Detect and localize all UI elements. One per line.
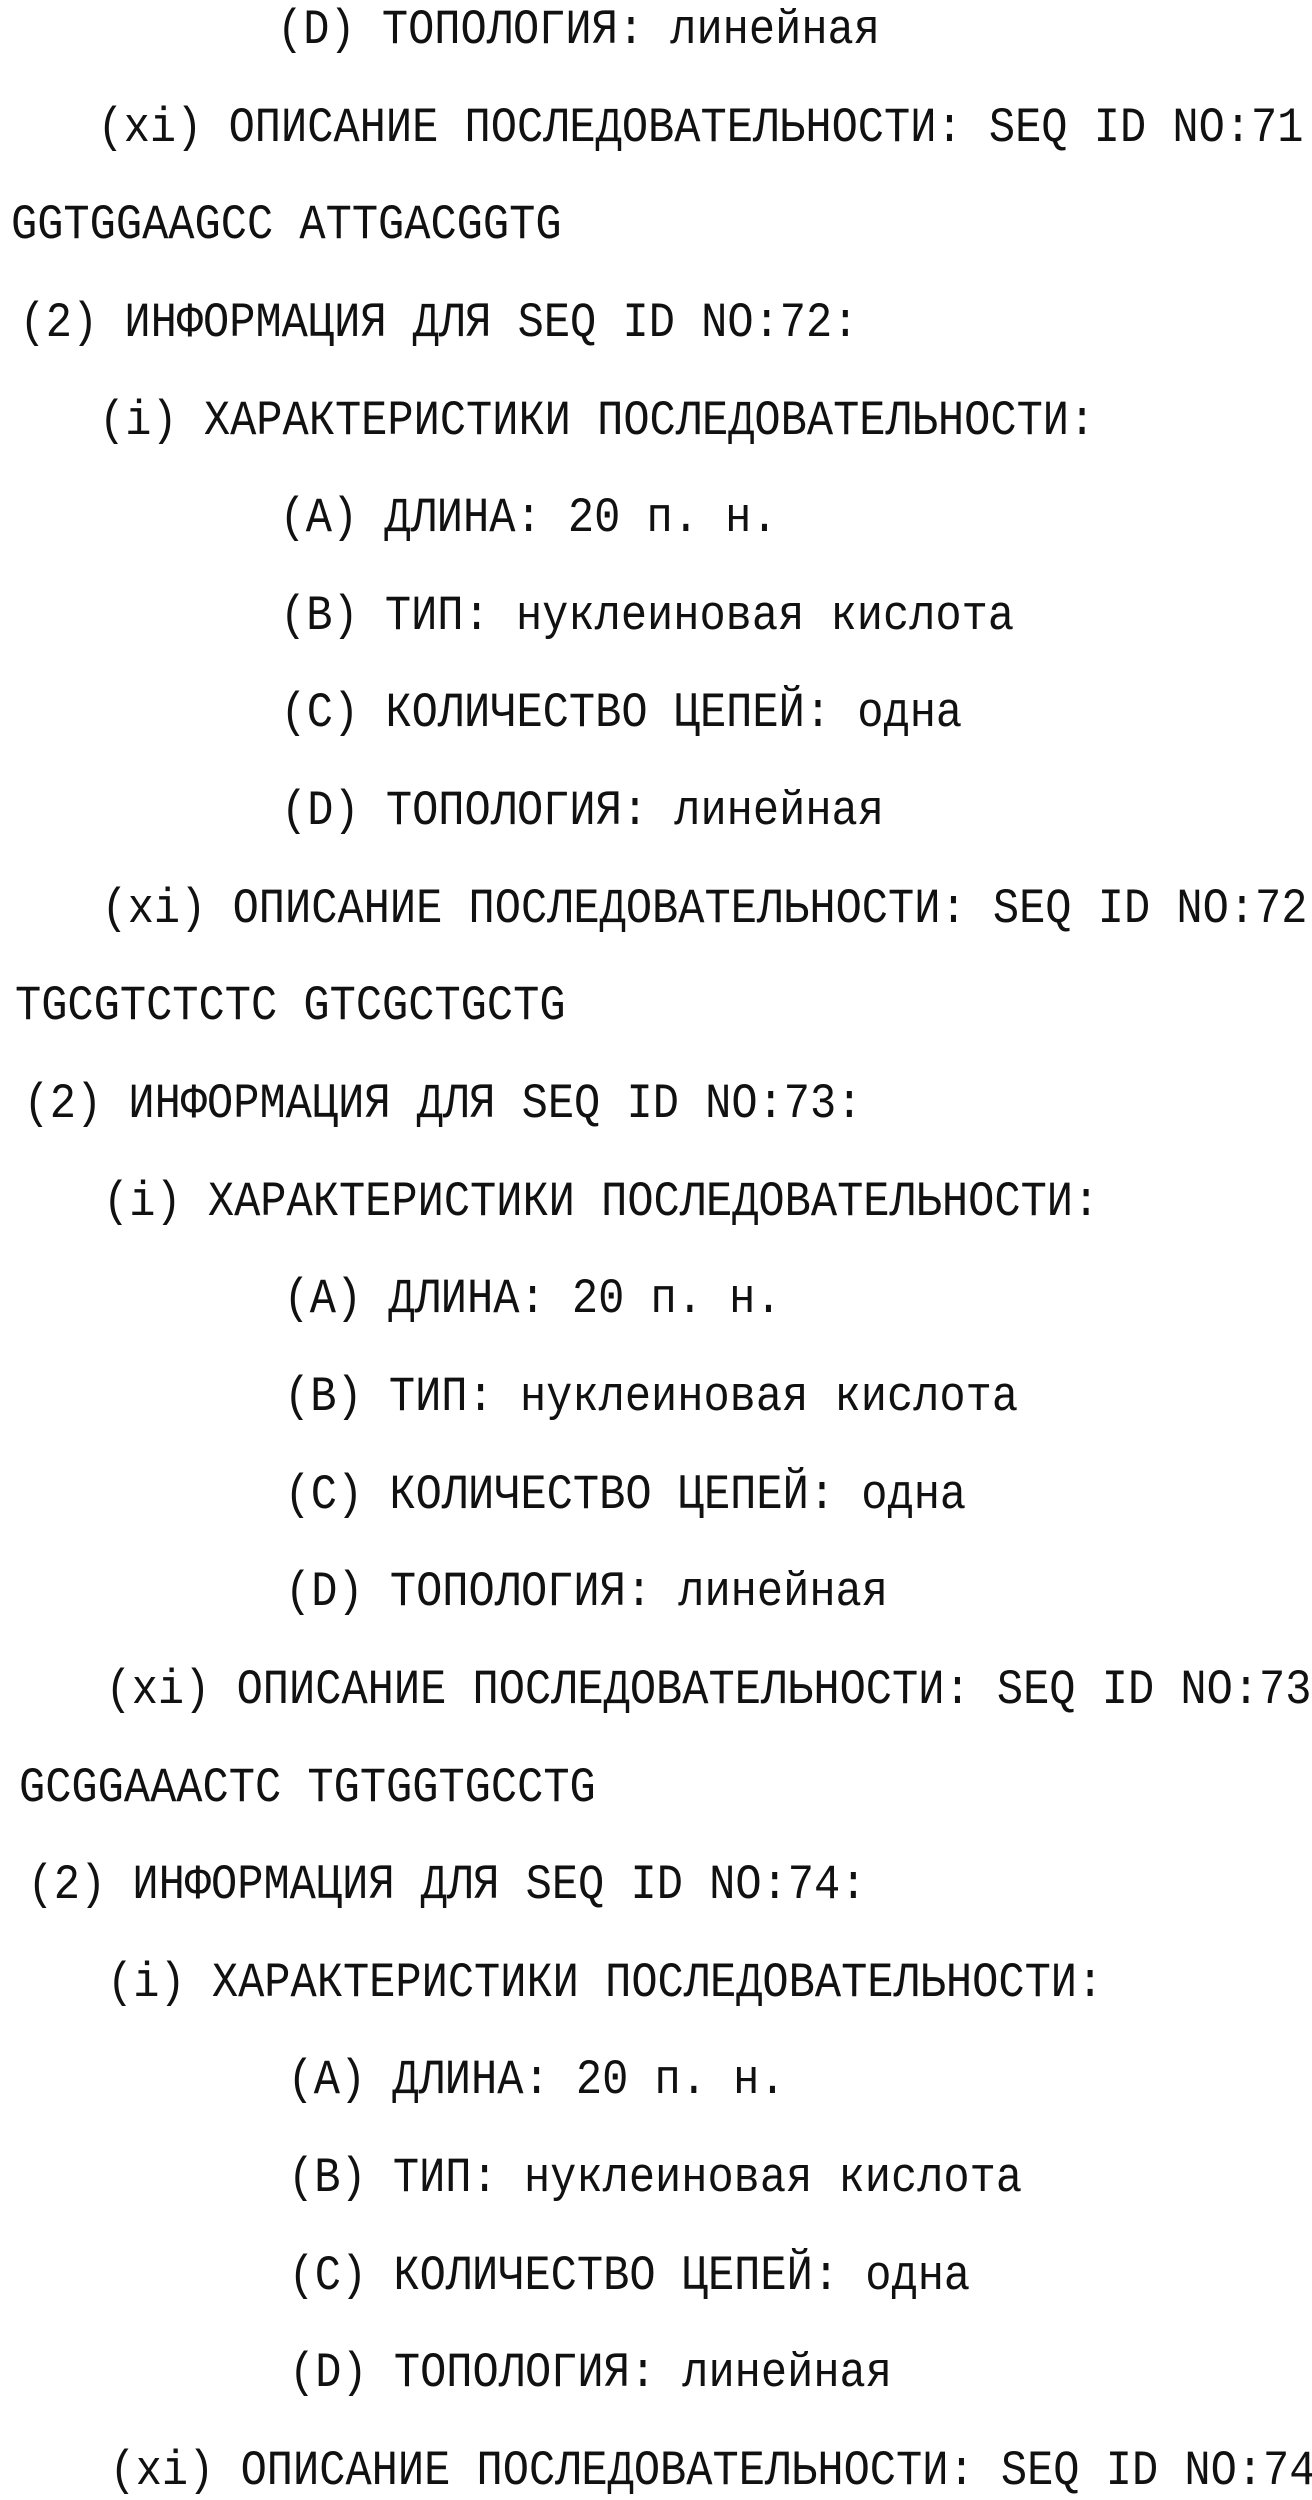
length-field: (A) ДЛИНА: 20 п. н. — [288, 2054, 786, 2110]
type-field: (B) ТИП: нуклеиновая кислота — [284, 1371, 1018, 1427]
strandedness-field: (C) КОЛИЧЕСТВО ЦЕПЕЙ: одна — [289, 2250, 971, 2306]
seq-info-heading: (2) ИНФОРМАЦИЯ ДЛЯ SEQ ID NO:74: — [28, 1859, 867, 1915]
type-field: (B) ТИП: нуклеиновая кислота — [288, 2152, 1022, 2208]
length-field: (A) ДЛИНА: 20 п. н. — [284, 1273, 782, 1329]
sequence-text: GCGGAAACTC TGTGGTGCCTG — [19, 1762, 596, 1818]
sequence-characteristics-heading: (i) ХАРАКТЕРИСТИКИ ПОСЛЕДОВАТЕЛЬНОСТИ: — [99, 395, 1095, 451]
topology-field: (D) ТОПОЛОГИЯ: линейная — [289, 2347, 892, 2403]
strandedness-field: (C) КОЛИЧЕСТВО ЦЕПЕЙ: одна — [281, 687, 963, 743]
sequence-description-heading: (xi) ОПИСАНИЕ ПОСЛЕДОВАТЕЛЬНОСТИ: SEQ ID… — [98, 102, 1312, 158]
strandedness-field: (C) КОЛИЧЕСТВО ЦЕПЕЙ: одна — [285, 1469, 967, 1525]
type-field: (B) ТИП: нуклеиновая кислота — [280, 590, 1014, 646]
sequence-description-heading: (xi) ОПИСАНИЕ ПОСЛЕДОВАТЕЛЬНОСТИ: SEQ ID… — [106, 1664, 1312, 1720]
topology-field: (D) ТОПОЛОГИЯ: линейная — [285, 1566, 888, 1622]
seq-info-heading: (2) ИНФОРМАЦИЯ ДЛЯ SEQ ID NO:73: — [24, 1078, 863, 1134]
topology-field: (D) ТОПОЛОГИЯ: линейная — [281, 785, 884, 841]
document-page: (D) ТОПОЛОГИЯ: линейная (xi) ОПИСАНИЕ ПО… — [0, 0, 1312, 2500]
length-field: (A) ДЛИНА: 20 п. н. — [280, 492, 778, 548]
sequence-description-heading: (xi) ОПИСАНИЕ ПОСЛЕДОВАТЕЛЬНОСТИ: SEQ ID… — [102, 883, 1312, 939]
sequence-characteristics-heading: (i) ХАРАКТЕРИСТИКИ ПОСЛЕДОВАТЕЛЬНОСТИ: — [107, 1957, 1103, 2013]
topology-field: (D) ТОПОЛОГИЯ: линейная — [277, 4, 880, 60]
sequence-characteristics-heading: (i) ХАРАКТЕРИСТИКИ ПОСЛЕДОВАТЕЛЬНОСТИ: — [103, 1176, 1099, 1232]
sequence-text: GGTGGAAGCC ATTGACGGTG — [11, 199, 562, 255]
seq-info-heading: (2) ИНФОРМАЦИЯ ДЛЯ SEQ ID NO:72: — [20, 297, 859, 353]
sequence-description-heading: (xi) ОПИСАНИЕ ПОСЛЕДОВАТЕЛЬНОСТИ: SEQ ID… — [110, 2445, 1312, 2500]
sequence-text: TGCGTCTCTC GTCGCTGCTG — [15, 980, 566, 1036]
